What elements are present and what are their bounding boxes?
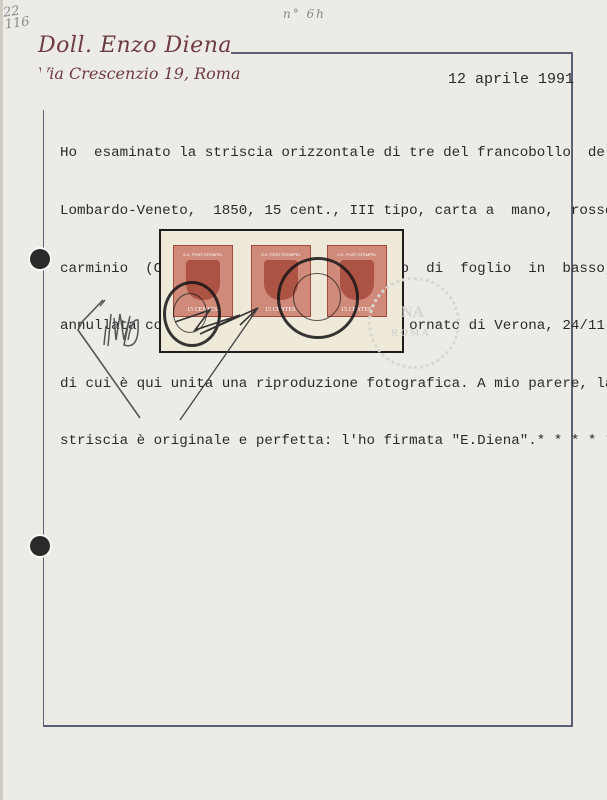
handwritten-signature-icon bbox=[0, 0, 607, 800]
